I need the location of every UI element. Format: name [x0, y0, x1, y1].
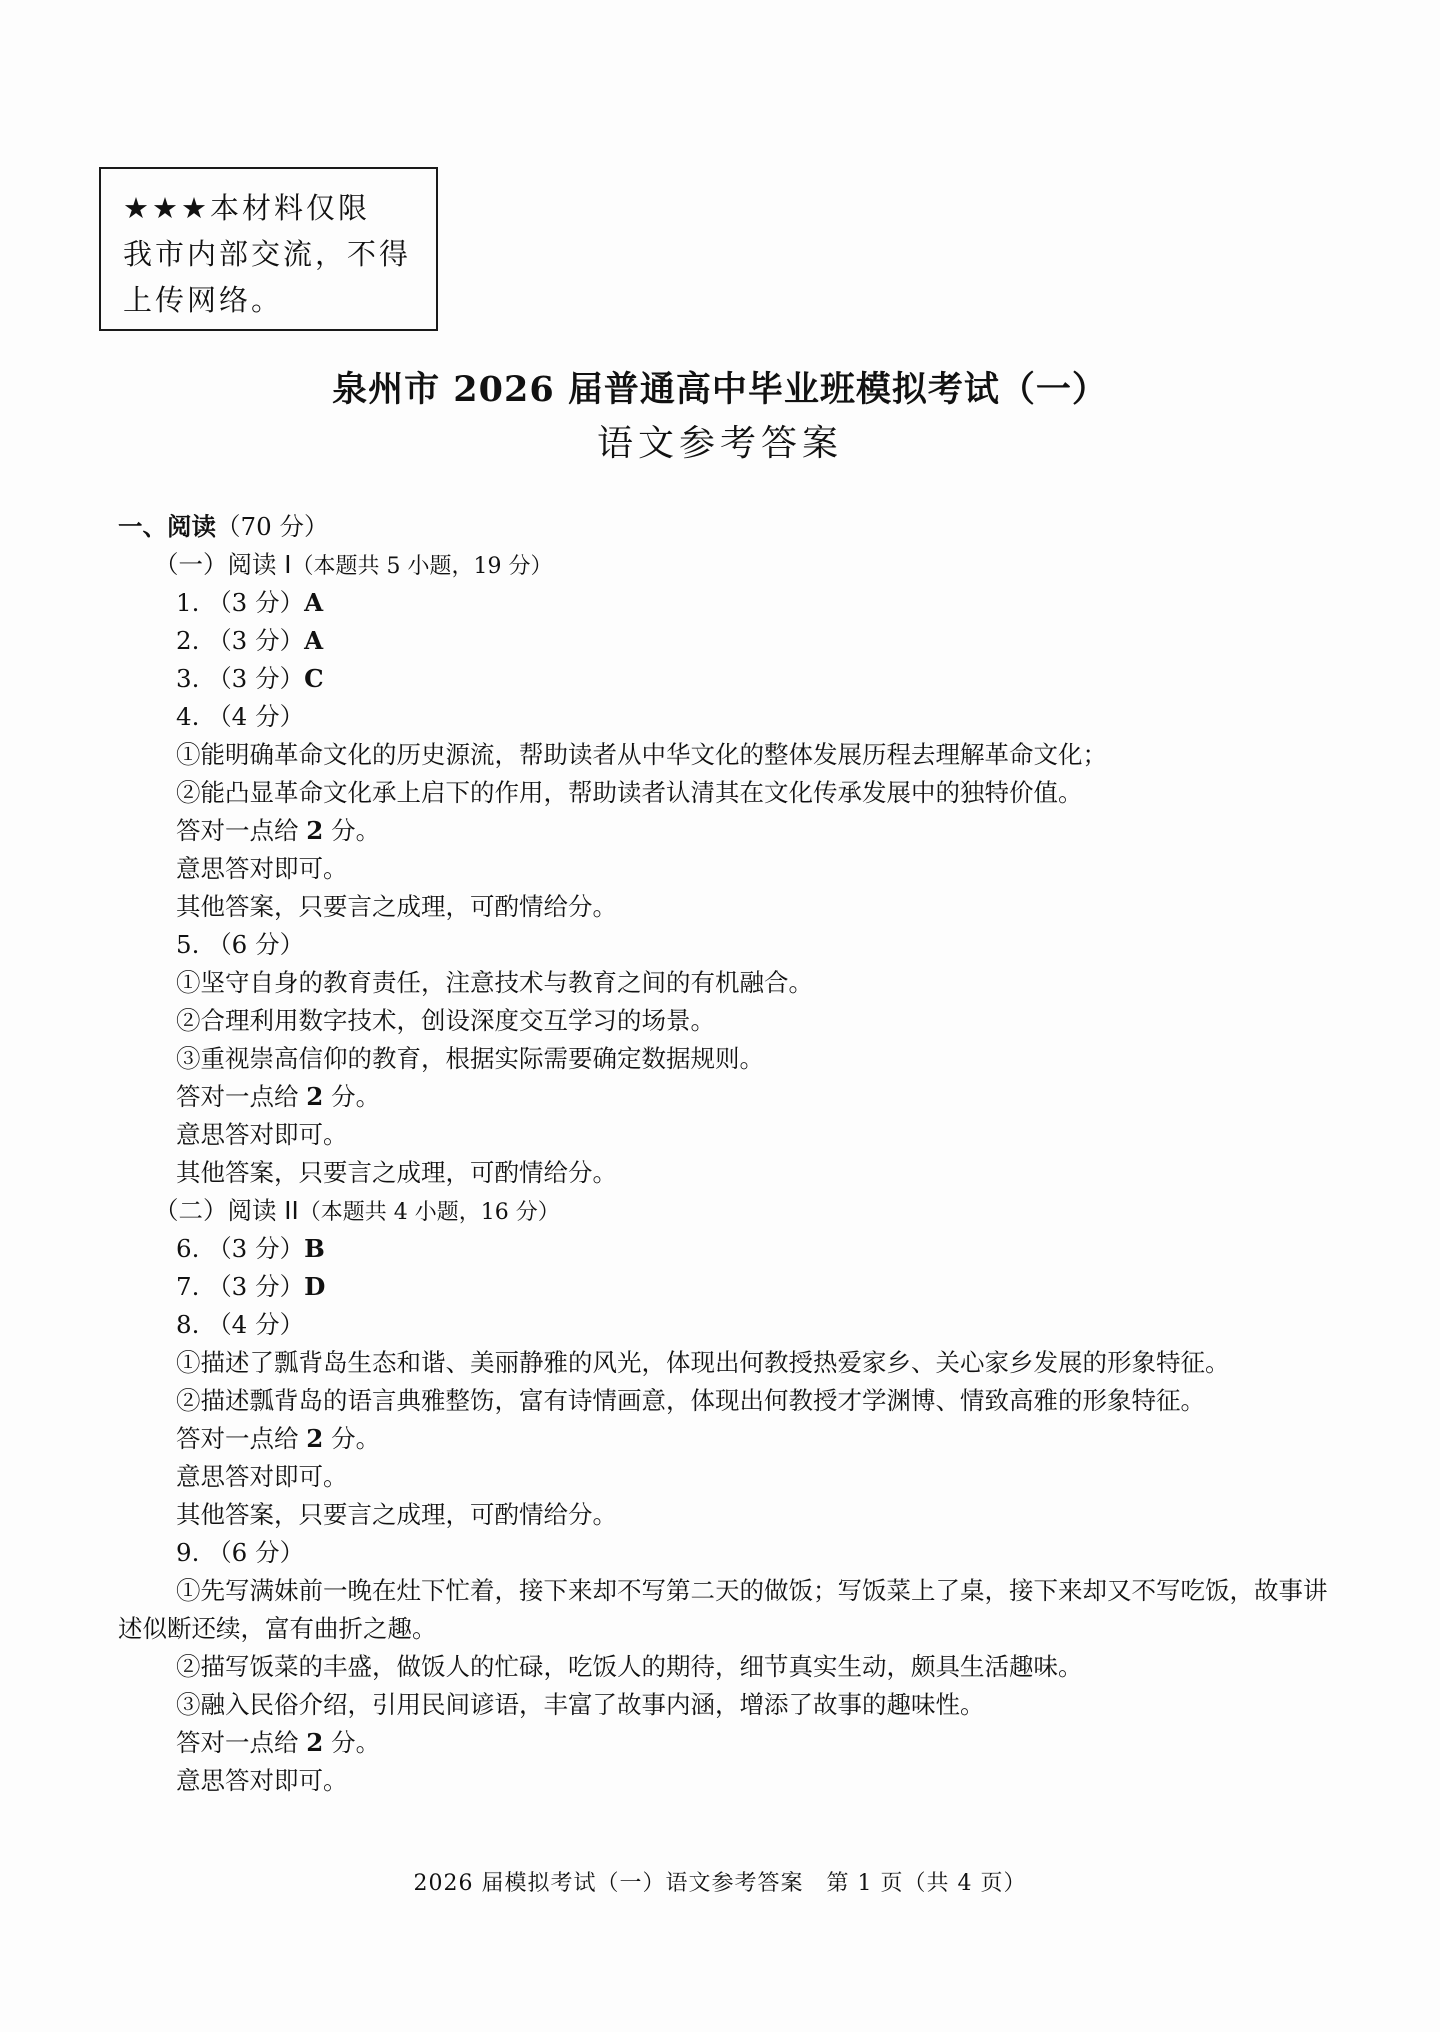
scoring-rule: 答对一点给 2 分。: [118, 1420, 1328, 1458]
scoring-note: 其他答案，只要言之成理，可酌情给分。: [118, 1154, 1328, 1192]
subsection-title: （一）阅读 I: [154, 550, 292, 579]
question-2: 2. （3 分）A: [118, 622, 1328, 660]
question-1: 1. （3 分）A: [118, 584, 1328, 622]
subsection-heading: （二）阅读 II（本题共 4 小题，16 分）: [118, 1192, 1328, 1230]
question-score: （3 分）: [207, 1272, 304, 1301]
notice-line: ★★★本材料仅限: [123, 185, 436, 231]
question-number: 2.: [176, 626, 199, 655]
scoring-rule-text: 答对一点给: [176, 1424, 306, 1453]
question-answer: C: [304, 664, 324, 693]
question-score: （6 分）: [207, 930, 304, 959]
scoring-rule-points: 2: [306, 1082, 323, 1111]
question-number: 5.: [176, 930, 199, 959]
subsection-note: （本题共 4 小题，16 分）: [299, 1200, 560, 1225]
scoring-rule-text: 分。: [323, 1424, 380, 1453]
scoring-rule-text: 答对一点给: [176, 1082, 306, 1111]
question-score: （3 分）: [207, 626, 304, 655]
scoring-rule-text: 答对一点给: [176, 1728, 306, 1757]
scoring-rule-text: 分。: [323, 1082, 380, 1111]
answer-point: ①能明确革命文化的历史源流，帮助读者从中华文化的整体发展历程去理解革命文化；: [118, 736, 1328, 774]
scoring-rule: 答对一点给 2 分。: [118, 1724, 1328, 1762]
scoring-rule-points: 2: [306, 816, 323, 845]
scoring-rule: 答对一点给 2 分。: [118, 1078, 1328, 1116]
scoring-rule-points: 2: [306, 1424, 323, 1453]
scoring-rule-text: 答对一点给: [176, 816, 306, 845]
question-score: （4 分）: [207, 702, 304, 731]
notice-line: 上传网络。: [123, 277, 436, 323]
question-6: 6. （3 分）B: [118, 1230, 1328, 1268]
question-answer: A: [304, 626, 323, 655]
question-score: （3 分）: [207, 1234, 304, 1263]
answer-point: ②描述瓢背岛的语言典雅整饬，富有诗情画意，体现出何教授才学渊博、情致高雅的形象特…: [118, 1382, 1328, 1420]
answer-point: ①先写满妹前一晚在灶下忙着，接下来却不写第二天的做饭；写饭菜上了桌，接下来却又不…: [118, 1572, 1328, 1648]
subsection-heading: （一）阅读 I（本题共 5 小题，19 分）: [118, 546, 1328, 584]
answer-point: ②合理利用数字技术，创设深度交互学习的场景。: [118, 1002, 1328, 1040]
scoring-note: 意思答对即可。: [118, 1458, 1328, 1496]
answer-point: ②描写饭菜的丰盛，做饭人的忙碌，吃饭人的期待，细节真实生动，颇具生活趣味。: [118, 1648, 1328, 1686]
question-number: 4.: [176, 702, 199, 731]
question-4: 4. （4 分）: [118, 698, 1328, 736]
question-score: （3 分）: [207, 664, 304, 693]
scoring-note: 意思答对即可。: [118, 850, 1328, 888]
subsection-note: （本题共 5 小题，19 分）: [292, 554, 553, 579]
scoring-note: 意思答对即可。: [118, 1116, 1328, 1154]
question-number: 8.: [176, 1310, 199, 1339]
section-heading: 一、阅读（70 分）: [118, 508, 1328, 546]
section-title: 一、阅读: [118, 512, 216, 541]
scoring-rule-points: 2: [306, 1728, 323, 1757]
scoring-rule: 答对一点给 2 分。: [118, 812, 1328, 850]
scoring-rule-text: 分。: [323, 1728, 380, 1757]
question-number: 9.: [176, 1538, 199, 1567]
scoring-note: 其他答案，只要言之成理，可酌情给分。: [118, 888, 1328, 926]
question-number: 6.: [176, 1234, 199, 1263]
document-subtitle: 语文参考答案: [0, 415, 1440, 466]
question-score: （4 分）: [207, 1310, 304, 1339]
scoring-rule-text: 分。: [323, 816, 380, 845]
document-title: 泉州市 2026 届普通高中毕业班模拟考试（一）: [0, 362, 1440, 412]
restriction-notice-box: ★★★本材料仅限 我市内部交流，不得 上传网络。: [99, 167, 438, 331]
answer-point: ②能凸显革命文化承上启下的作用，帮助读者认清其在文化传承发展中的独特价值。: [118, 774, 1328, 812]
question-score: （3 分）: [207, 588, 304, 617]
question-score: （6 分）: [207, 1538, 304, 1567]
answer-point: ③融入民俗介绍，引用民间谚语，丰富了故事内涵，增添了故事的趣味性。: [118, 1686, 1328, 1724]
question-answer: B: [304, 1234, 325, 1263]
question-8: 8. （4 分）: [118, 1306, 1328, 1344]
question-number: 3.: [176, 664, 199, 693]
notice-line: 我市内部交流，不得: [123, 231, 436, 277]
question-3: 3. （3 分）C: [118, 660, 1328, 698]
answer-point: ①坚守自身的教育责任，注意技术与教育之间的有机融合。: [118, 964, 1328, 1002]
question-number: 7.: [176, 1272, 199, 1301]
scoring-note: 意思答对即可。: [118, 1762, 1328, 1800]
answer-point: ①描述了瓢背岛生态和谐、美丽静雅的风光，体现出何教授热爱家乡、关心家乡发展的形象…: [118, 1344, 1328, 1382]
question-9: 9. （6 分）: [118, 1534, 1328, 1572]
question-answer: A: [304, 588, 323, 617]
answer-content: 一、阅读（70 分） （一）阅读 I（本题共 5 小题，19 分） 1. （3 …: [118, 508, 1328, 1800]
question-answer: D: [304, 1272, 325, 1301]
scoring-note: 其他答案，只要言之成理，可酌情给分。: [118, 1496, 1328, 1534]
question-number: 1.: [176, 588, 199, 617]
answer-point: ③重视崇高信仰的教育，根据实际需要确定数据规则。: [118, 1040, 1328, 1078]
page-footer: 2026 届模拟考试（一）语文参考答案 第 1 页（共 4 页）: [0, 1866, 1440, 1897]
subsection-title: （二）阅读 II: [154, 1196, 299, 1225]
question-7: 7. （3 分）D: [118, 1268, 1328, 1306]
question-5: 5. （6 分）: [118, 926, 1328, 964]
section-score: （70 分）: [216, 512, 328, 541]
